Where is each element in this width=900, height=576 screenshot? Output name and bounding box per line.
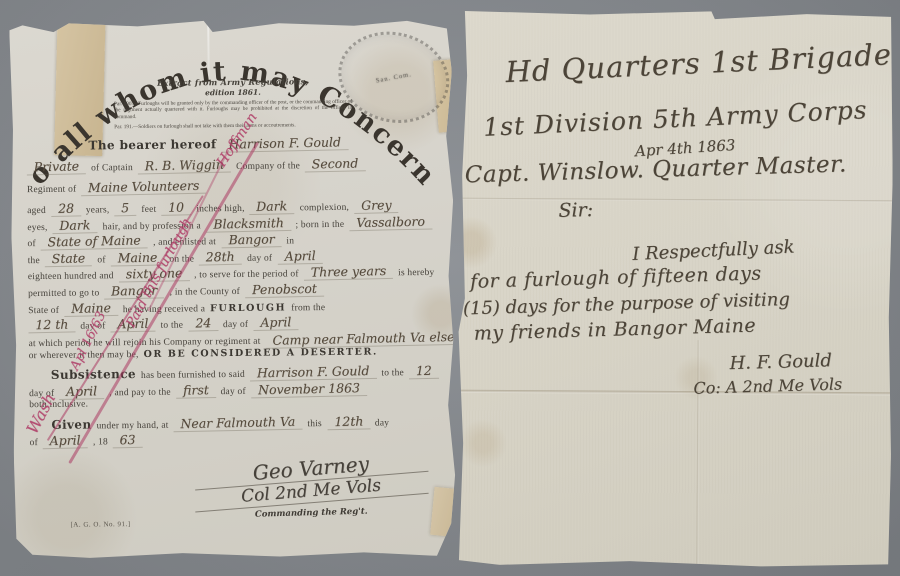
printed-lead-word: Subsistence xyxy=(51,367,136,382)
printed-text: on the xyxy=(169,254,194,264)
handwritten-entry: Grey xyxy=(354,197,399,214)
stamp-text: San. Com. xyxy=(375,71,412,85)
handwritten-entry: Harrison F. Gould xyxy=(221,134,348,153)
printed-text: ; born in the xyxy=(295,219,344,230)
handwritten-entry: Second xyxy=(305,155,366,172)
printed-text: permitted to go to xyxy=(28,288,100,299)
printed-lead-word: Given xyxy=(51,417,91,431)
printed-text: , to serve for the period of xyxy=(194,270,299,281)
handwritten-entry: Vassalboro xyxy=(349,213,432,231)
printed-text: , 18 xyxy=(93,438,108,448)
handwritten-entry: 12 th xyxy=(28,317,75,334)
printed-text: he having received a xyxy=(123,304,205,315)
printed-text: Regiment of xyxy=(27,185,77,196)
printed-text: day of xyxy=(247,253,272,263)
handwritten-entry: Bangor xyxy=(104,282,165,299)
printed-text: day xyxy=(375,418,389,428)
printed-text: to the xyxy=(161,321,184,331)
handwritten-entry: State xyxy=(45,250,93,267)
printed-text: feet xyxy=(141,205,156,215)
letter-line: H. F. Gould xyxy=(729,350,832,374)
handwritten-entry: April xyxy=(253,314,298,331)
printed-text: under my hand, at xyxy=(97,420,169,431)
handwritten-entry: Harrison F. Gould xyxy=(250,363,377,382)
printed-text: eyes, xyxy=(27,223,47,233)
printed-text: Company of the xyxy=(236,161,300,172)
printed-text: or wherever it then may be, xyxy=(29,350,139,361)
handwritten-entry: State of Maine xyxy=(41,233,149,251)
form-line: ofApril, 1863 xyxy=(30,429,444,450)
tape-repair-patch xyxy=(430,487,456,537)
printed-text: at which period he will rejoin his Compa… xyxy=(29,336,261,348)
printed-text: day of xyxy=(80,321,105,331)
handwritten-entry: 28th xyxy=(199,248,242,265)
printed-text: years, xyxy=(86,205,110,215)
furlough-form-document: To all whom it may Concern: San. Com. Ex… xyxy=(9,18,457,561)
handwritten-entry: 28 xyxy=(51,200,81,217)
letter-line: Capt. Winslow. Quarter Master. xyxy=(464,151,847,188)
printed-emphasis: OR BE CONSIDERED A DESERTER. xyxy=(143,347,377,360)
handwritten-entry: November 1863 xyxy=(251,380,367,398)
letter-lines: Hd Quarters 1st Brigade1st Division 5th … xyxy=(460,9,894,12)
handwritten-entry: 63 xyxy=(113,432,143,449)
form-reference-number: [A. G. O. No. 91.] xyxy=(70,520,130,529)
handwritten-entry: Maine xyxy=(64,299,118,316)
printed-text: both inclusive. xyxy=(29,400,88,411)
printed-text: in xyxy=(286,237,294,247)
printed-text: day of xyxy=(223,320,248,330)
printed-text: State of xyxy=(28,305,59,315)
handwritten-entry: Maine Volunteers xyxy=(81,178,207,197)
printed-text: complexion, xyxy=(300,203,350,214)
handwritten-entry: R. B. Wiggin xyxy=(138,157,231,175)
printed-text: has been furnished to said xyxy=(141,370,245,381)
regulations-edition: edition 1861. xyxy=(114,87,352,98)
handwritten-entry: April xyxy=(277,248,322,265)
printed-text: aged xyxy=(27,206,46,216)
fold-crease xyxy=(696,340,699,567)
handwritten-entry: April xyxy=(110,316,155,333)
handwritten-entry: Dark xyxy=(52,217,97,234)
handwritten-entry: 24 xyxy=(188,315,218,332)
letter-line: Hd Quarters 1st Brigade xyxy=(505,37,893,89)
handwritten-entry: first xyxy=(176,382,216,399)
handwritten-entry: sixty one xyxy=(118,265,189,282)
printed-text: day of xyxy=(221,386,246,396)
handwritten-entry: Three years xyxy=(303,263,393,281)
handwritten-entry: Blacksmith xyxy=(206,215,291,233)
handwritten-entry: April xyxy=(43,433,88,450)
letter-line: 1st Division 5th Army Corps xyxy=(483,95,868,142)
photo-of-documents: To all whom it may Concern: San. Com. Ex… xyxy=(0,0,900,576)
printed-text: is hereby xyxy=(398,268,434,278)
letter-line: for a furlough of fifteen days xyxy=(470,262,762,292)
letter-line: I Respectfully ask xyxy=(632,236,795,264)
letter-line: my friends in Bangor Maine xyxy=(473,315,756,345)
letter-line: Sir: xyxy=(558,199,593,222)
printed-text: day of xyxy=(29,388,54,398)
printed-emphasis: FURLOUGH xyxy=(210,302,286,314)
handwritten-entry: 12 xyxy=(409,363,439,380)
handwritten-entry: April xyxy=(59,383,104,400)
printed-lead-word: The bearer hereof xyxy=(88,137,216,152)
signature-block: Geo Varney Col 2nd Me Vols Commanding th… xyxy=(194,456,429,519)
handwritten-entry: Near Falmouth Va xyxy=(173,413,302,432)
printed-text: of xyxy=(97,255,105,265)
printed-text: this xyxy=(307,419,322,429)
handwritten-entry: Maine xyxy=(111,249,165,266)
fold-crease xyxy=(459,198,893,203)
printed-text: , in the County of xyxy=(170,287,240,298)
printed-text: inches high, xyxy=(196,204,244,215)
regulations-extract: Extract from Army Regulations, edition 1… xyxy=(114,76,353,131)
printed-text: from the xyxy=(291,303,325,313)
regulations-par-190: Par. 190.—Furloughs will be granted only… xyxy=(114,98,352,121)
printed-text: of Captain xyxy=(91,163,133,173)
handwritten-entry: Dark xyxy=(249,198,294,215)
printed-text: the xyxy=(28,256,40,266)
handwritten-entry: Bangor xyxy=(221,231,282,248)
form-lines: The bearer hereofHarrison F. GouldPrivat… xyxy=(26,134,443,450)
furlough-request-letter: Hd Quarters 1st Brigade1st Division 5th … xyxy=(456,9,893,569)
printed-text: , and pay to the xyxy=(109,387,171,398)
printed-text: to the xyxy=(381,368,404,378)
printed-text: of xyxy=(27,239,35,249)
handwritten-entry: Private xyxy=(27,158,87,175)
printed-text: of xyxy=(30,438,38,448)
handwritten-entry: 5 xyxy=(114,200,136,216)
handwritten-entry: Penobscot xyxy=(245,281,324,299)
handwritten-entry: 12th xyxy=(327,413,370,430)
printed-text: , and enlisted at xyxy=(153,237,216,248)
printed-text: hair, and by profession a xyxy=(103,221,201,232)
printed-text: eighteen hundred and xyxy=(28,272,114,283)
handwritten-entry: 10 xyxy=(161,199,191,216)
